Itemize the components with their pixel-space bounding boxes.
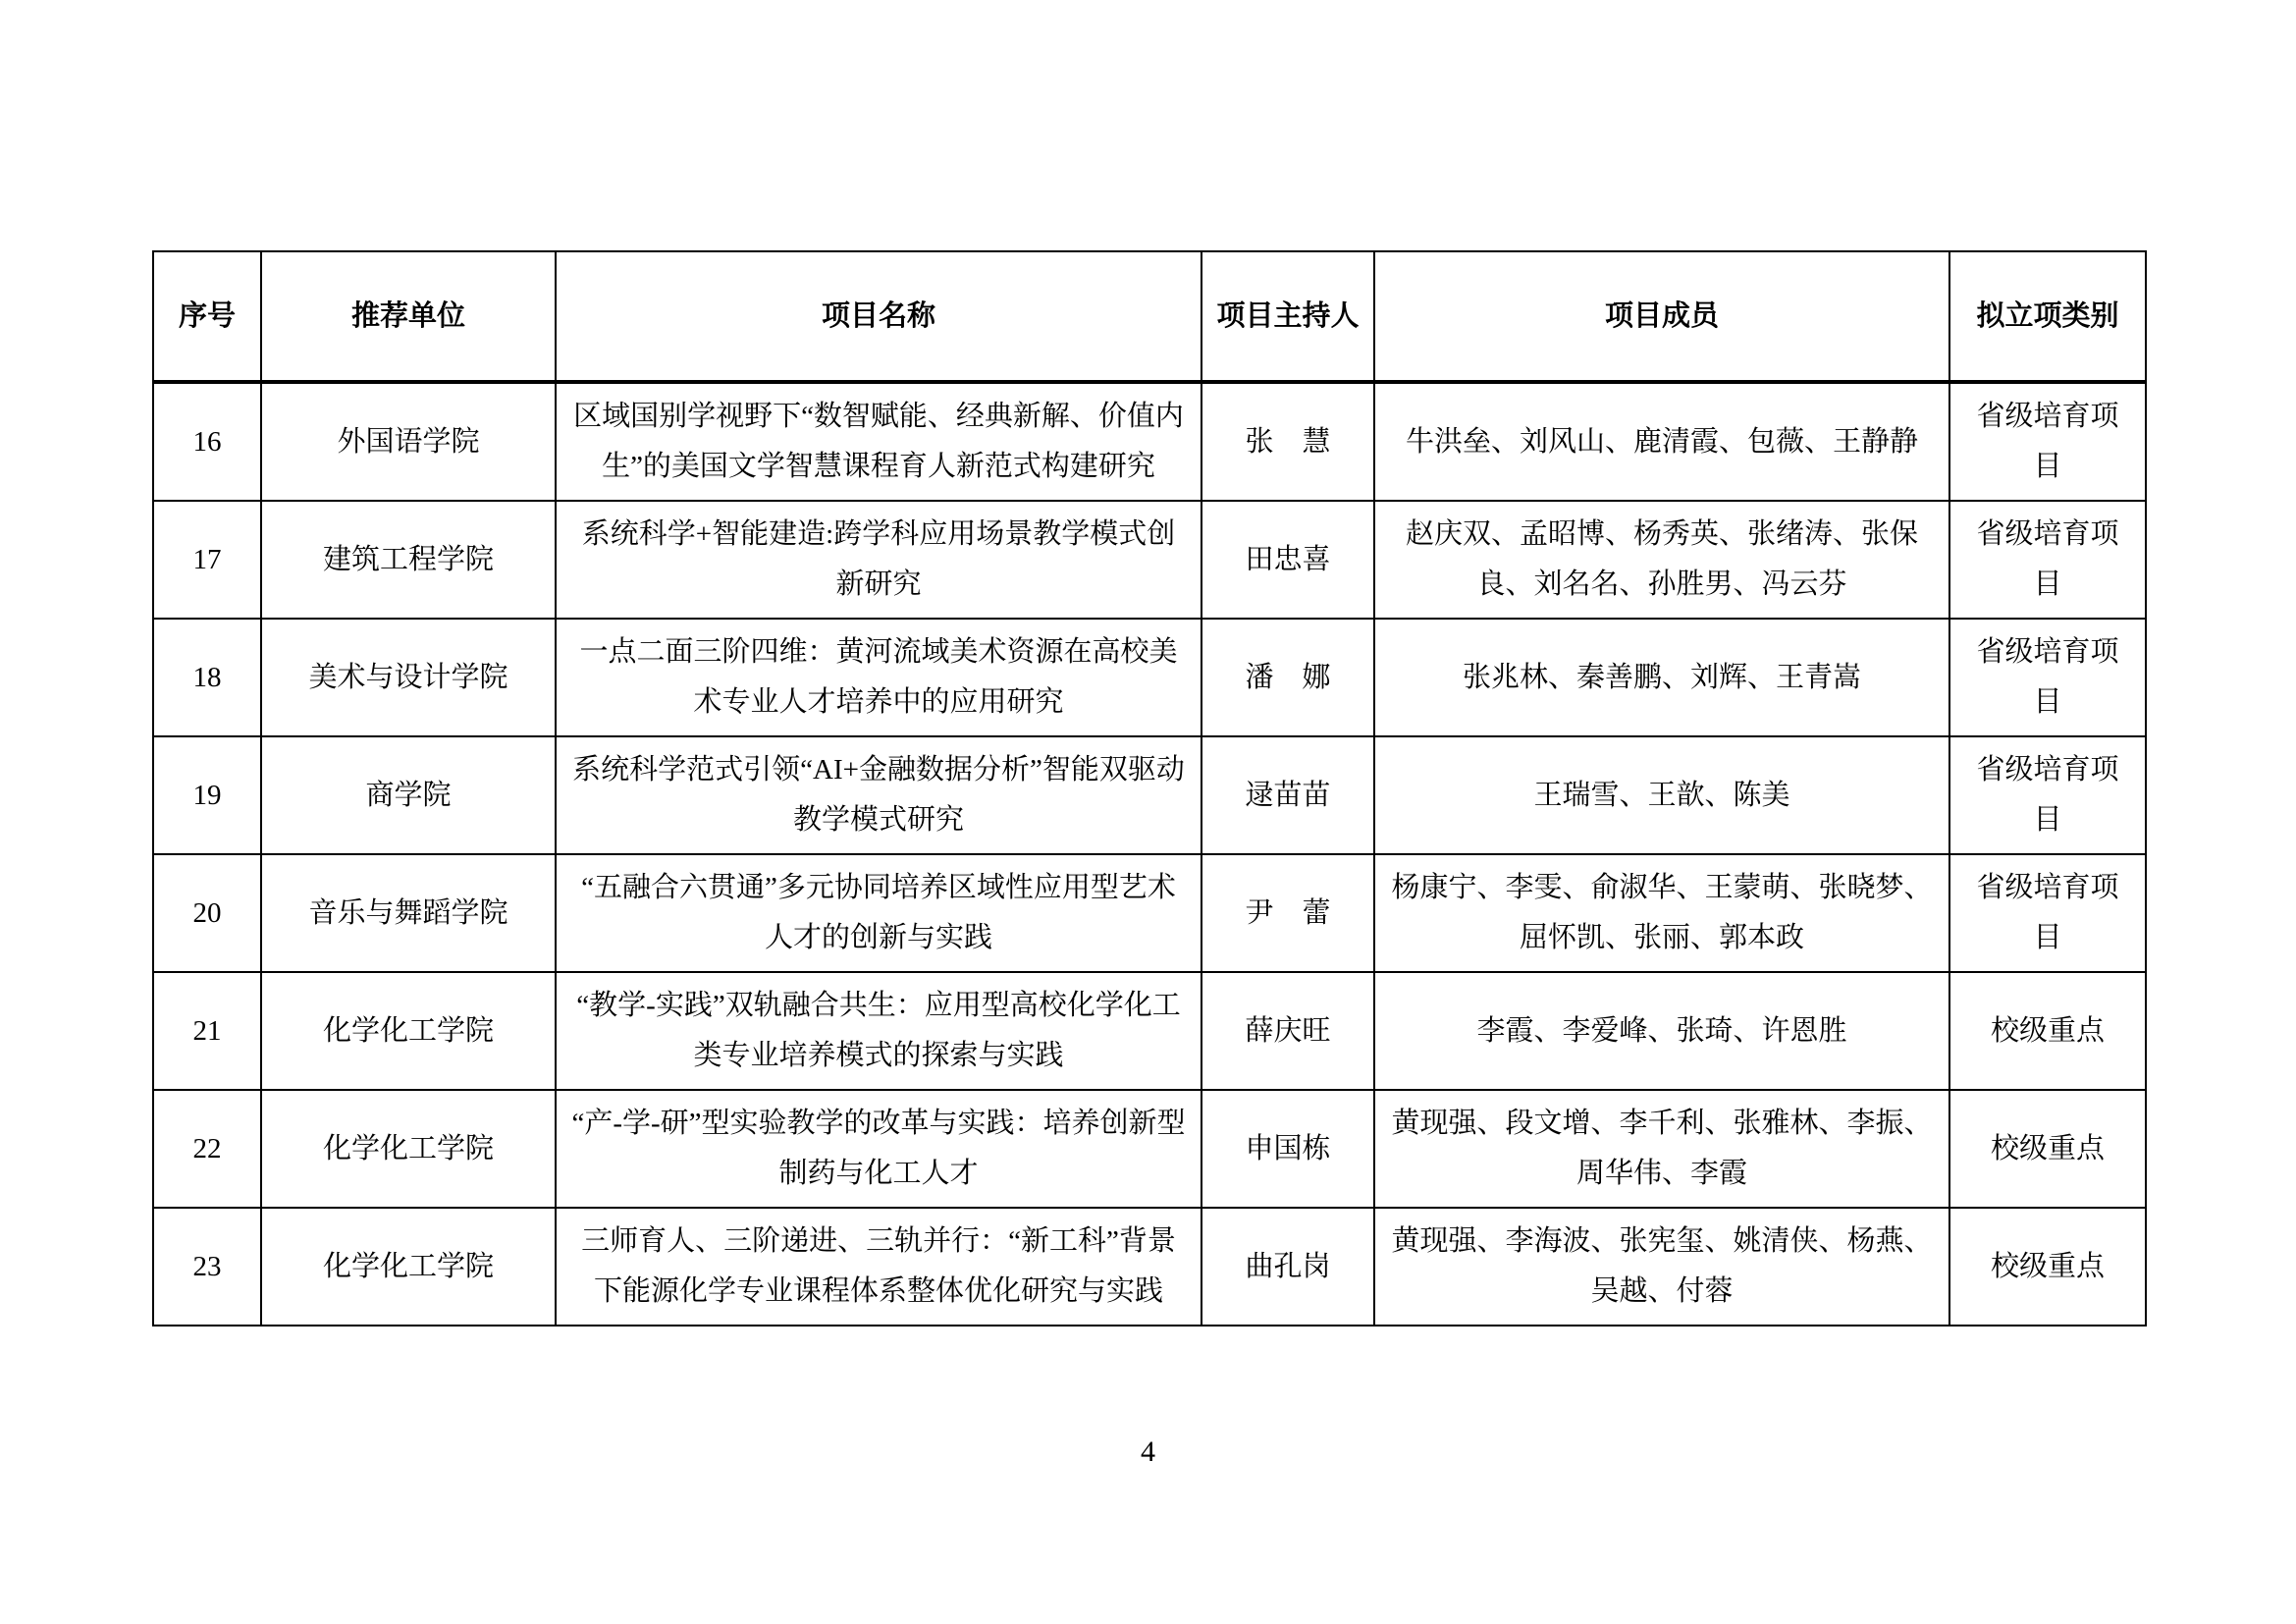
cell-recommending-unit: 化学化工学院 xyxy=(261,1090,556,1208)
cell-project-name: “教学-实践”双轨融合共生：应用型高校化学化工类专业培养模式的探索与实践 xyxy=(556,972,1201,1090)
cell-serial-number: 16 xyxy=(153,382,261,501)
header-project-members: 项目成员 xyxy=(1374,251,1949,382)
cell-proposed-category: 省级培育项目 xyxy=(1949,501,2146,619)
document-page: { "page": { "number": "4" }, "table": { … xyxy=(0,0,2296,1624)
cell-serial-number: 17 xyxy=(153,501,261,619)
cell-proposed-category: 省级培育项目 xyxy=(1949,382,2146,501)
cell-project-members: 牛洪垒、刘风山、鹿清霞、包薇、王静静 xyxy=(1374,382,1949,501)
table-row: 20 音乐与舞蹈学院 “五融合六贯通”多元协同培养区域性应用型艺术人才的创新与实… xyxy=(153,854,2146,972)
header-project-leader: 项目主持人 xyxy=(1201,251,1374,382)
cell-proposed-category: 省级培育项目 xyxy=(1949,619,2146,736)
table-row: 16 外国语学院 区域国别学视野下“数智赋能、经典新解、价值内生”的美国文学智慧… xyxy=(153,382,2146,501)
cell-proposed-category: 校级重点 xyxy=(1949,1208,2146,1326)
header-proposed-category: 拟立项类别 xyxy=(1949,251,2146,382)
cell-project-name: 一点二面三阶四维：黄河流域美术资源在高校美术专业人才培养中的应用研究 xyxy=(556,619,1201,736)
cell-project-members: 李霞、李爱峰、张琦、许恩胜 xyxy=(1374,972,1949,1090)
cell-project-members: 杨康宁、李雯、俞淑华、王蒙萌、张晓梦、屈怀凯、张丽、郭本政 xyxy=(1374,854,1949,972)
cell-serial-number: 20 xyxy=(153,854,261,972)
header-project-name: 项目名称 xyxy=(556,251,1201,382)
cell-project-leader: 曲孔岗 xyxy=(1201,1208,1374,1326)
cell-recommending-unit: 美术与设计学院 xyxy=(261,619,556,736)
table-row: 18 美术与设计学院 一点二面三阶四维：黄河流域美术资源在高校美术专业人才培养中… xyxy=(153,619,2146,736)
cell-project-name: 系统科学范式引领“AI+金融数据分析”智能双驱动教学模式研究 xyxy=(556,736,1201,854)
cell-project-members: 黄现强、段文增、李千利、张雅林、李振、周华伟、李霞 xyxy=(1374,1090,1949,1208)
cell-serial-number: 19 xyxy=(153,736,261,854)
cell-recommending-unit: 建筑工程学院 xyxy=(261,501,556,619)
header-recommending-unit: 推荐单位 xyxy=(261,251,556,382)
cell-serial-number: 22 xyxy=(153,1090,261,1208)
cell-project-members: 张兆林、秦善鹏、刘辉、王青嵩 xyxy=(1374,619,1949,736)
cell-project-name: “五融合六贯通”多元协同培养区域性应用型艺术人才的创新与实践 xyxy=(556,854,1201,972)
cell-project-members: 黄现强、李海波、张宪玺、姚清侠、杨燕、吴越、付蓉 xyxy=(1374,1208,1949,1326)
cell-recommending-unit: 化学化工学院 xyxy=(261,972,556,1090)
cell-serial-number: 21 xyxy=(153,972,261,1090)
cell-serial-number: 18 xyxy=(153,619,261,736)
cell-proposed-category: 省级培育项目 xyxy=(1949,854,2146,972)
cell-project-leader: 张 慧 xyxy=(1201,382,1374,501)
cell-project-name: “产-学-研”型实验教学的改革与实践：培养创新型制药与化工人才 xyxy=(556,1090,1201,1208)
table-row: 17 建筑工程学院 系统科学+智能建造:跨学科应用场景教学模式创新研究 田忠喜 … xyxy=(153,501,2146,619)
cell-recommending-unit: 外国语学院 xyxy=(261,382,556,501)
table-row: 22 化学化工学院 “产-学-研”型实验教学的改革与实践：培养创新型制药与化工人… xyxy=(153,1090,2146,1208)
cell-project-members: 王瑞雪、王歆、陈美 xyxy=(1374,736,1949,854)
header-serial-number: 序号 xyxy=(153,251,261,382)
table-row: 23 化学化工学院 三师育人、三阶递进、三轨并行：“新工科”背景下能源化学专业课… xyxy=(153,1208,2146,1326)
cell-recommending-unit: 化学化工学院 xyxy=(261,1208,556,1326)
cell-recommending-unit: 音乐与舞蹈学院 xyxy=(261,854,556,972)
table-row: 21 化学化工学院 “教学-实践”双轨融合共生：应用型高校化学化工类专业培养模式… xyxy=(153,972,2146,1090)
project-approval-table: 序号 推荐单位 项目名称 项目主持人 项目成员 拟立项类别 16 外国语学院 区… xyxy=(152,250,2147,1326)
cell-project-leader: 薛庆旺 xyxy=(1201,972,1374,1090)
cell-project-members: 赵庆双、孟昭博、杨秀英、张绪涛、张保良、刘名名、孙胜男、冯云芬 xyxy=(1374,501,1949,619)
cell-proposed-category: 校级重点 xyxy=(1949,972,2146,1090)
cell-project-leader: 潘 娜 xyxy=(1201,619,1374,736)
cell-project-name: 系统科学+智能建造:跨学科应用场景教学模式创新研究 xyxy=(556,501,1201,619)
cell-project-leader: 申国栋 xyxy=(1201,1090,1374,1208)
table-header-row: 序号 推荐单位 项目名称 项目主持人 项目成员 拟立项类别 xyxy=(153,251,2146,382)
cell-project-leader: 逯苗苗 xyxy=(1201,736,1374,854)
page-number: 4 xyxy=(0,1435,2296,1469)
table-row: 19 商学院 系统科学范式引领“AI+金融数据分析”智能双驱动教学模式研究 逯苗… xyxy=(153,736,2146,854)
cell-recommending-unit: 商学院 xyxy=(261,736,556,854)
cell-serial-number: 23 xyxy=(153,1208,261,1326)
cell-project-leader: 尹 蕾 xyxy=(1201,854,1374,972)
cell-proposed-category: 省级培育项目 xyxy=(1949,736,2146,854)
cell-project-name: 区域国别学视野下“数智赋能、经典新解、价值内生”的美国文学智慧课程育人新范式构建… xyxy=(556,382,1201,501)
cell-proposed-category: 校级重点 xyxy=(1949,1090,2146,1208)
cell-project-name: 三师育人、三阶递进、三轨并行：“新工科”背景下能源化学专业课程体系整体优化研究与… xyxy=(556,1208,1201,1326)
cell-project-leader: 田忠喜 xyxy=(1201,501,1374,619)
